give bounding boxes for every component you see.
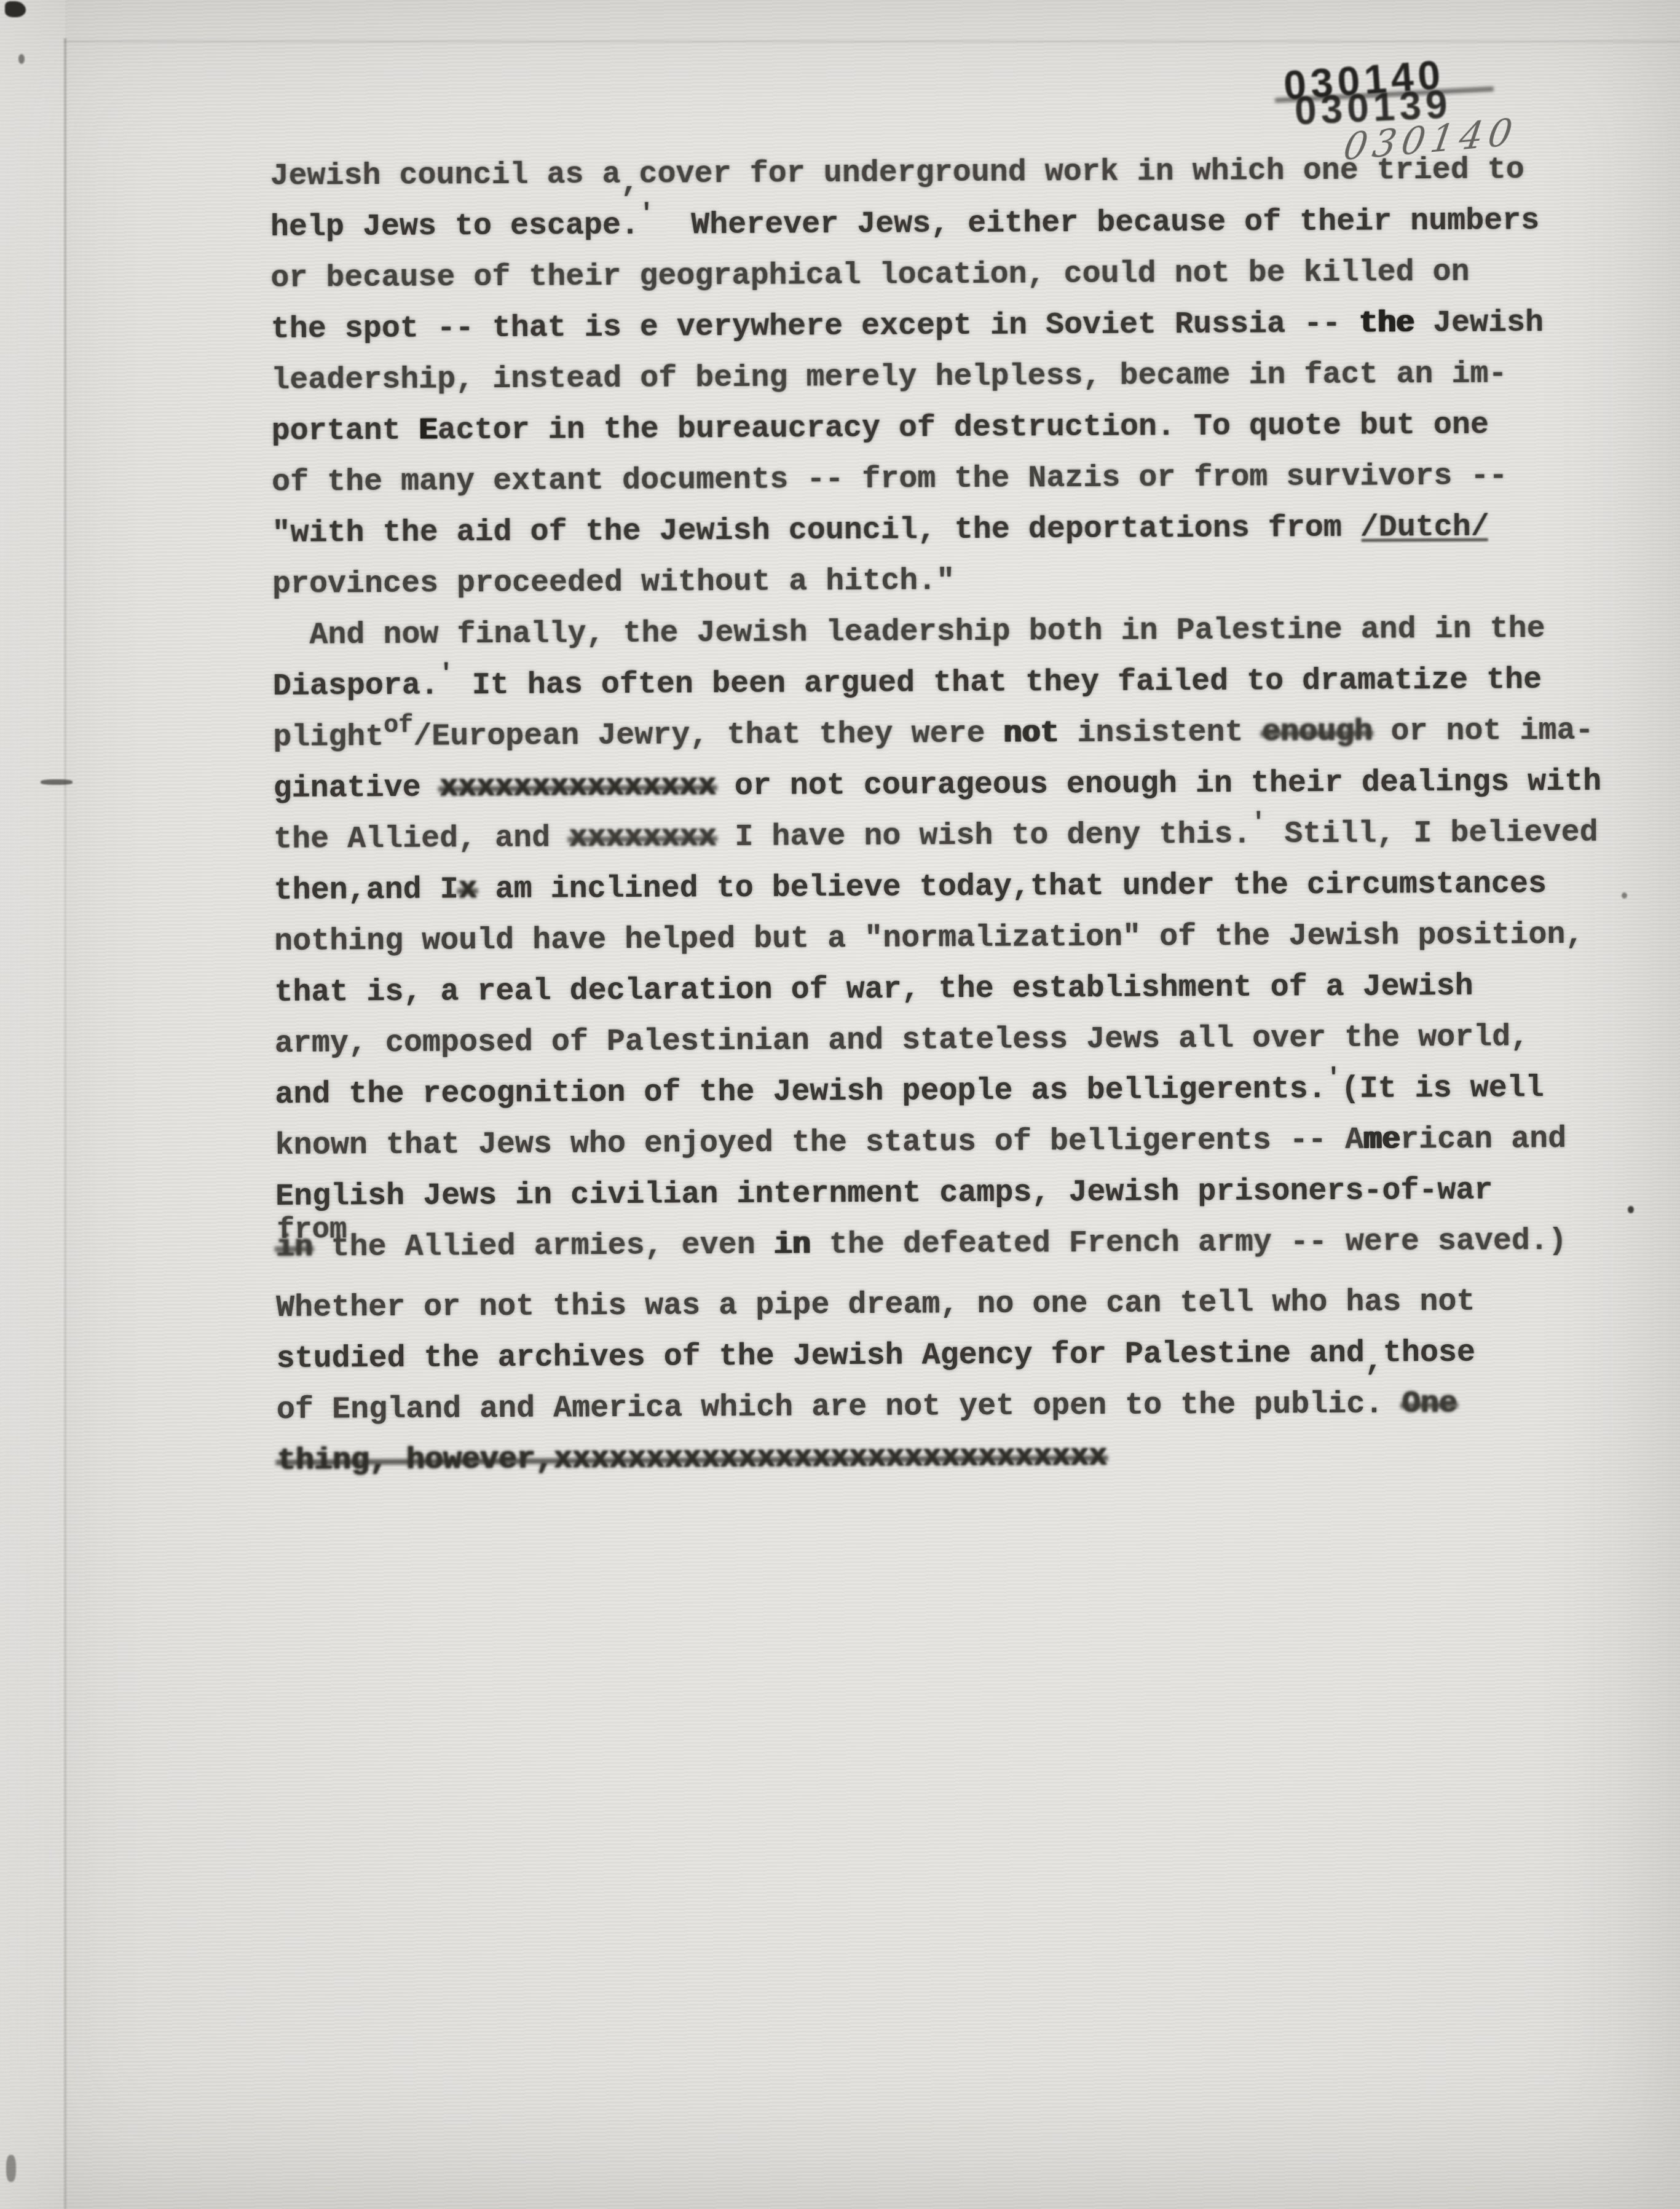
page-left-margin-shading: [0, 0, 65, 2209]
text-line: help Jews to escape.' Wherever Jews, eit…: [270, 195, 1660, 253]
text-segment: leadership, instead of being merely help…: [271, 356, 1507, 398]
text-line: Diaspora.' It has often been argued that…: [273, 654, 1662, 712]
text-segment: cover for underground work in which one …: [639, 152, 1524, 192]
text-segment: portant: [272, 414, 419, 449]
text-line: plightof/European Jewry, that they were …: [273, 705, 1662, 763]
text-segment: Diaspora.: [273, 669, 439, 704]
text-line: "with the aid of the Jewish council, the…: [272, 501, 1661, 559]
text-segment: or because of their geographical locatio…: [270, 255, 1470, 296]
text-line: army, composed of Palestinian and statel…: [275, 1011, 1664, 1069]
text-segment: or not courageous enough in their dealin…: [716, 765, 1602, 805]
text-segment: "with the aid of the Jewish council, the…: [272, 511, 1360, 551]
text-segment: studied the archives of the Jewish Agenc…: [276, 1336, 1365, 1377]
paragraph: Jewish council as a,cover for undergroun…: [270, 144, 1662, 610]
struck-out-text: xxxxxxxx: [569, 820, 716, 856]
text-segment: Whether or not this was a pipe dream, no…: [276, 1285, 1475, 1326]
text-segment: ': [439, 650, 454, 701]
text-segment: then,and I: [274, 872, 458, 908]
text-line: Jewish council as a,cover for undergroun…: [270, 144, 1659, 202]
text-segment: the spot -- that is e verywhere except i…: [271, 307, 1360, 347]
text-line: the Allied, and xxxxxxxx I have no wish …: [274, 807, 1663, 865]
text-segment: (It is well: [1341, 1071, 1544, 1107]
text-segment: /Dutch/: [1360, 510, 1489, 546]
text-segment: It has often been argued that they faile…: [454, 663, 1542, 703]
text-line: portant Eactor in the bureaucracy of des…: [271, 399, 1660, 457]
struck-out-text: in: [276, 1231, 313, 1266]
text-segment: ': [1326, 1053, 1341, 1104]
text-segment: the Allied, and: [274, 821, 569, 857]
text-segment: the defeated French army -- were saved.): [811, 1224, 1567, 1262]
paragraph: And now finally, the Jewish leadership b…: [272, 603, 1665, 1274]
text-segment: of: [384, 701, 413, 752]
text-line: fromin the Allied armies, even in the de…: [275, 1215, 1665, 1274]
text-segment: nothing would have helped but a "normali…: [274, 918, 1584, 959]
text-line: Whether or not this was a pipe dream, no…: [276, 1275, 1665, 1334]
text-line: the spot -- that is e verywhere except i…: [271, 297, 1660, 355]
text-segment: Wherever Jews, either because of their n…: [654, 203, 1540, 243]
text-segment: in: [774, 1227, 811, 1262]
text-line: ginative xxxxxxxxxxxxxxx or not courageo…: [274, 756, 1663, 814]
text-line: leadership, instead of being merely help…: [271, 348, 1660, 406]
text-segment: am inclined to believe today,that under …: [477, 867, 1547, 907]
struck-out-text: xxxxxxxxxxxxxxx: [440, 769, 716, 805]
scan-speck: [18, 54, 25, 64]
text-segment: /European Jewry, that they were: [413, 717, 1003, 755]
text-segment: And now finally, the Jewish leadership b…: [272, 612, 1545, 653]
text-line: nothing would have helped but a "normali…: [274, 909, 1663, 967]
struck-out-text: thing, however,xxxxxxxxxxxxxxxxxxxxxxxxx…: [277, 1439, 1107, 1479]
text-segment: me: [1363, 1122, 1400, 1157]
text-line: that is, a real declaration of war, the …: [274, 960, 1663, 1018]
scanned-typewritten-page: { "stamps": { "impression_top": "030140"…: [0, 0, 1680, 2209]
text-line: then,and Ix am inclined to believe today…: [274, 858, 1663, 916]
text-segment: Jewish: [1414, 305, 1544, 341]
text-segment: insistent: [1059, 715, 1261, 751]
text-segment: rican and: [1400, 1122, 1566, 1157]
text-segment: that is, a real declaration of war, the …: [274, 969, 1473, 1010]
text-segment: not: [1003, 716, 1059, 751]
text-segment: ': [639, 189, 654, 240]
text-line: known that Jews who enjoyed the status o…: [275, 1113, 1665, 1171]
scan-speck: [41, 779, 73, 785]
text-segment: E: [419, 414, 438, 449]
text-segment: known that Jews who enjoyed the status o…: [275, 1123, 1364, 1164]
text-line: studied the archives of the Jewish Agenc…: [276, 1326, 1665, 1385]
typewritten-text-block: Jewish council as a,cover for undergroun…: [270, 144, 1666, 1487]
text-segment: ginative: [274, 771, 440, 806]
text-segment: plight: [273, 720, 384, 755]
text-segment: provinces proceeded without a hitch.": [272, 564, 955, 602]
paragraph: Whether or not this was a pipe dream, no…: [276, 1275, 1666, 1487]
text-segment: help Jews to escape.: [270, 208, 639, 245]
text-line: English Jews in civilian internment camp…: [275, 1164, 1665, 1223]
text-line: thing, however,xxxxxxxxxxxxxxxxxxxxxxxxx…: [277, 1428, 1666, 1487]
text-line: of the many extant documents -- from the…: [272, 450, 1661, 508]
page-top-edge-line: [64, 41, 1680, 42]
text-segment: Jewish council as a: [270, 157, 620, 194]
text-segment: of the many extant documents -- from the…: [272, 459, 1508, 500]
text-segment: the Allied armies, even: [313, 1228, 774, 1266]
text-segment: English Jews in civilian internment camp…: [275, 1173, 1493, 1215]
text-line: provinces proceeded without a hitch.": [272, 552, 1662, 610]
struck-out-text: x: [459, 872, 477, 907]
text-segment: or not ima-: [1372, 714, 1593, 750]
struck-out-text: One: [1402, 1387, 1457, 1422]
text-line: or because of their geographical locatio…: [270, 246, 1660, 304]
text-line: of England and America which are not yet…: [277, 1377, 1666, 1436]
text-line: And now finally, the Jewish leadership b…: [272, 603, 1662, 661]
scan-speck: [6, 2155, 16, 2182]
scan-speck: [5, 1, 26, 17]
text-segment: Still, I believed: [1266, 816, 1598, 852]
text-line: and the recognition of the Jewish people…: [275, 1062, 1664, 1120]
text-segment: of England and America which are not yet…: [277, 1387, 1402, 1428]
text-segment: I have no wish to deny this.: [716, 817, 1251, 856]
page-left-edge-line: [64, 38, 66, 2209]
text-segment: actor in the bureaucracy of destruction.…: [438, 408, 1489, 449]
text-segment: the: [1359, 306, 1414, 341]
struck-out-text: enough: [1261, 715, 1372, 750]
text-segment: and the recognition of the Jewish people…: [275, 1072, 1327, 1112]
text-segment: ': [1251, 798, 1266, 849]
text-segment: those: [1383, 1336, 1475, 1371]
